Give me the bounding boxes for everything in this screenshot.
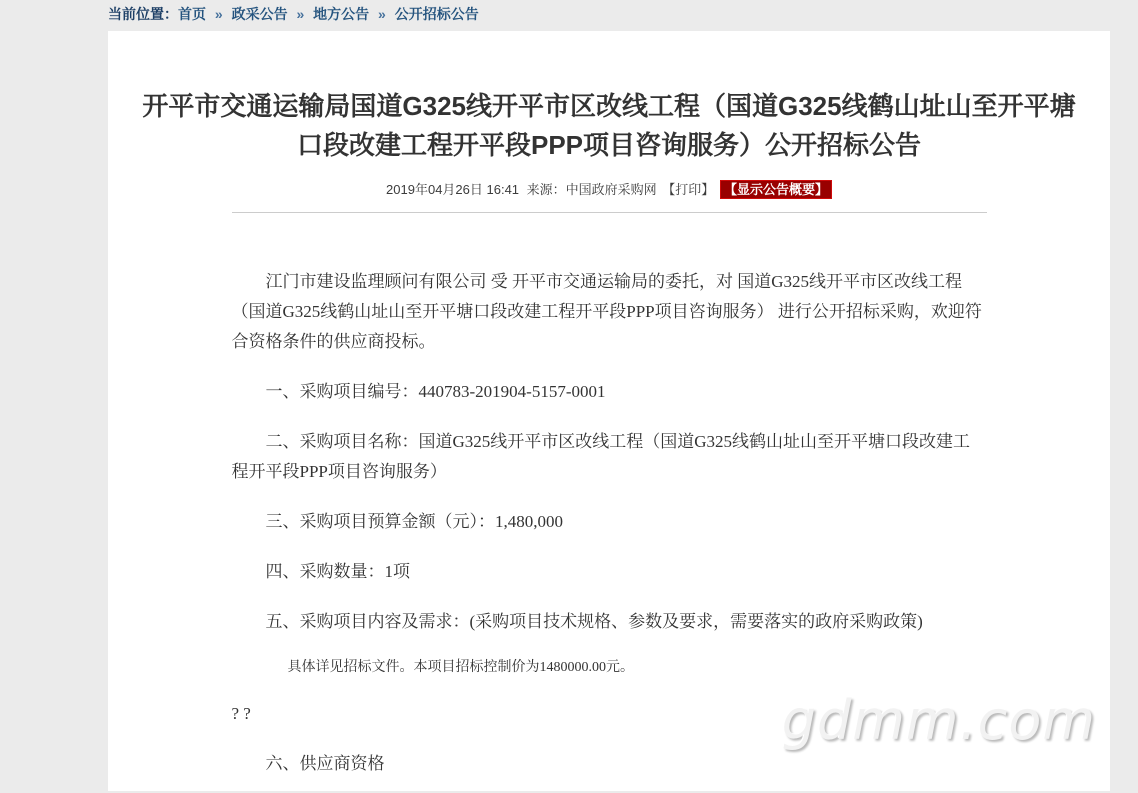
page: 当前位置：首页 » 政采公告 » 地方公告 » 公开招标公告 开平市交通运输局国… bbox=[0, 0, 1138, 793]
show-summary-button[interactable]: 【显示公告概要】 bbox=[720, 180, 832, 199]
breadcrumb-link-local-notices[interactable]: 地方公告 bbox=[313, 6, 369, 22]
article-body: 江门市建设监理顾问有限公司 受 开平市交通运输局的委托，对 国道G325线开平市… bbox=[232, 213, 987, 779]
breadcrumb-link-home[interactable]: 首页 bbox=[178, 6, 206, 22]
item-budget-amount: 三、采购项目预算金额（元）：1,480,000 bbox=[232, 507, 987, 537]
intro-paragraph: 江门市建设监理顾问有限公司 受 开平市交通运输局的委托，对 国道G325线开平市… bbox=[232, 267, 987, 357]
announcement-panel: 开平市交通运输局国道G325线开平市区改线工程（国道G325线鹤山址山至开平塘口… bbox=[108, 31, 1110, 791]
item-quantity: 四、采购数量：1项 bbox=[232, 557, 987, 587]
source-text: 来源：中国政府采购网 bbox=[527, 182, 657, 197]
breadcrumb-separator: » bbox=[378, 6, 386, 22]
publish-date: 2019年04月26日 16:41 bbox=[386, 182, 519, 197]
breadcrumb-link-procurement-notices[interactable]: 政采公告 bbox=[232, 6, 288, 22]
breadcrumb-separator: » bbox=[296, 6, 304, 22]
note-control-price: 具体详见招标文件。本项目招标控制价为1480000.00元。 bbox=[232, 657, 987, 679]
item-supplier-qualification: 六、供应商资格 bbox=[232, 749, 987, 779]
item-content-requirements: 五、采购项目内容及需求：(采购项目技术规格、参数及要求，需要落实的政府采购政策) bbox=[232, 607, 987, 637]
item-project-number: 一、采购项目编号：440783-201904-5157-0001 bbox=[232, 377, 987, 407]
page-title: 开平市交通运输局国道G325线开平市区改线工程（国道G325线鹤山址山至开平塘口… bbox=[133, 31, 1085, 165]
breadcrumb-label: 当前位置： bbox=[108, 6, 178, 22]
breadcrumb-link-open-tender-notices[interactable]: 公开招标公告 bbox=[395, 6, 479, 22]
article-meta: 2019年04月26日 16:41 来源：中国政府采购网 【打印】 【显示公告概… bbox=[108, 180, 1110, 199]
item-project-name: 二、采购项目名称：国道G325线开平市区改线工程（国道G325线鹤山址山至开平塘… bbox=[232, 427, 987, 487]
breadcrumb-separator: » bbox=[215, 6, 223, 22]
placeholder-question-marks: ? ? bbox=[232, 699, 987, 729]
breadcrumb: 当前位置：首页 » 政采公告 » 地方公告 » 公开招标公告 bbox=[108, 0, 1138, 23]
print-button[interactable]: 【打印】 bbox=[662, 182, 714, 197]
